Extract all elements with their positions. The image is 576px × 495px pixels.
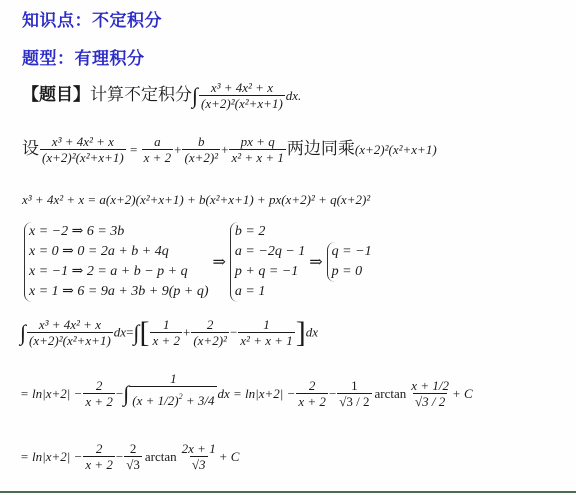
s4-arctan: arctan xyxy=(375,386,407,402)
lhs-numerator: x³ + 4x² + x xyxy=(50,135,116,149)
term-b: b(x+2)² xyxy=(182,135,220,165)
left-brace: x = −2 ⇒ 6 = 3b x = 0 ⇒ 0 = 2a + b + 4q … xyxy=(24,222,209,302)
problem-integrand: x³ + 4x² + x(x+2)²(x²+x+1) xyxy=(199,81,285,111)
term-pq-num: px + q xyxy=(239,135,277,149)
s3-f1-den: x + 2 xyxy=(150,332,182,348)
system-row: x = 1 ⇒ 6 = 9a + 3b + 9(p + q) xyxy=(29,282,209,302)
s4-arg-num: x + 1/2 xyxy=(409,379,451,393)
integral-sign: ∫ xyxy=(123,381,129,407)
s5-coef-den: √3 xyxy=(124,456,142,472)
s4-f2-num: 2 xyxy=(307,379,318,393)
s3-f3-num: 1 xyxy=(261,318,272,332)
middle-brace: b = 2 a = −2q − 1 p + q = −1 a = 1 xyxy=(230,222,305,302)
problem-type-label: 题型： xyxy=(22,49,75,69)
s5-f1: 2x + 2 xyxy=(83,442,115,472)
s5-coef-num: 2 xyxy=(128,442,139,456)
step1-prefix: 设 xyxy=(22,139,39,159)
term-b-num: b xyxy=(196,135,207,149)
implies-arrow: ⇒ xyxy=(213,252,226,272)
s4-int-frac: 1(x + 1/2)2 + 3/4 xyxy=(130,372,216,415)
implies-arrow: ⇒ xyxy=(309,252,322,272)
s4-f2: 2x + 2 xyxy=(296,379,328,409)
term-pq-den: x² + x + 1 xyxy=(229,149,285,165)
knowledge-point-label: 知识点： xyxy=(22,11,92,31)
s3-f1-num: 1 xyxy=(161,318,172,332)
system-row: a = −2q − 1 xyxy=(235,242,305,262)
left-system: x = −2 ⇒ 6 = 3b x = 0 ⇒ 0 = 2a + b + 4q … xyxy=(29,222,209,302)
right-brace: q = −1 p = 0 xyxy=(327,242,372,282)
decomposed-integral: ∫x³ + 4x² + x(x+2)²(x²+x+1)dx=∫[1x + 2+2… xyxy=(20,316,318,350)
s3-f3: 1x² + x + 1 xyxy=(238,318,294,348)
s3-f1: 1x + 2 xyxy=(150,318,182,348)
step1-suffix: 两边同乘 xyxy=(287,139,355,159)
s4-int-den-b: + 3/4 xyxy=(186,393,215,408)
integrand-numerator: x³ + 4x² + x xyxy=(209,81,275,95)
s4-arg: x + 1/2√3 / 2 xyxy=(409,379,451,409)
equation-system: x = −2 ⇒ 6 = 3b x = 0 ⇒ 0 = 2a + b + 4q … xyxy=(24,222,372,302)
s3-lhs-den: (x+2)²(x²+x+1) xyxy=(27,332,113,348)
integral-sign: ∫ xyxy=(20,320,26,345)
system-row: x = −1 ⇒ 2 = a + b − p + q xyxy=(29,262,209,282)
s5-part1: = ln|x+2| − xyxy=(20,449,82,465)
right-system: q = −1 p = 0 xyxy=(332,242,372,282)
knowledge-point-value: 不定积分 xyxy=(92,11,162,31)
problem-type-heading: 题型：有理积分 xyxy=(22,44,145,69)
s3-f2-num: 2 xyxy=(205,318,216,332)
bottom-divider xyxy=(0,491,576,493)
system-row: p + q = −1 xyxy=(235,262,305,282)
integral-sign: ∫ xyxy=(192,83,198,108)
s5-f1-den: x + 2 xyxy=(83,456,115,472)
s4-coef: 1√3 / 2 xyxy=(337,379,371,409)
s3-lhs: x³ + 4x² + x(x+2)²(x²+x+1) xyxy=(27,318,113,348)
s4-part3: dx = ln|x+2| − xyxy=(218,386,296,402)
s4-const: + C xyxy=(452,386,473,402)
s4-part1: = ln|x+2| − xyxy=(20,386,82,402)
system-row: b = 2 xyxy=(235,222,305,242)
s3-f2-den: (x+2)² xyxy=(191,332,229,348)
partial-fraction-setup: 设x³ + 4x² + x(x+2)²(x²+x+1) = ax + 2+b(x… xyxy=(22,134,437,165)
middle-system: b = 2 a = −2q − 1 p + q = −1 a = 1 xyxy=(235,222,305,302)
left-bracket: [ xyxy=(139,316,149,349)
s4-int-den-a: x + 1/2 xyxy=(137,393,175,408)
step1-lhs: x³ + 4x² + x(x+2)²(x²+x+1) xyxy=(40,135,126,165)
s5-f1-num: 2 xyxy=(94,442,105,456)
s4-int-den: (x + 1/2)2 + 3/4 xyxy=(130,386,216,415)
system-row: x = 0 ⇒ 0 = 2a + b + 4q xyxy=(29,242,209,262)
term-a-num: a xyxy=(152,135,163,149)
step1-multiplier: (x+2)²(x²+x+1) xyxy=(355,142,437,157)
final-answer: = ln|x+2| − 2x + 2 − 2√3 arctan 2x + 1√3… xyxy=(20,442,239,472)
s5-minus: − xyxy=(116,449,123,465)
s5-arctan: arctan xyxy=(145,449,177,465)
s5-arg: 2x + 1√3 xyxy=(180,442,218,472)
s3-dx: dx xyxy=(114,325,126,340)
s3-lhs-num: x³ + 4x² + x xyxy=(37,318,103,332)
s4-f1-den: x + 2 xyxy=(83,393,115,409)
integrand-denominator: (x+2)²(x²+x+1) xyxy=(199,95,285,111)
s5-arg-num: 2x + 1 xyxy=(180,442,218,456)
s4-coef-num: 1 xyxy=(349,379,360,393)
s4-int-num: 1 xyxy=(168,372,179,386)
problem-type-value: 有理积分 xyxy=(75,49,145,69)
system-row: q = −1 xyxy=(332,242,372,262)
term-b-den: (x+2)² xyxy=(182,149,220,165)
s3-f2: 2(x+2)² xyxy=(191,318,229,348)
right-bracket: ] xyxy=(296,316,306,349)
problem-instruction: 计算不定积分 xyxy=(90,85,192,105)
s3-f3-den: x² + x + 1 xyxy=(238,332,294,348)
system-row: a = 1 xyxy=(235,282,305,302)
term-pq: px + qx² + x + 1 xyxy=(229,135,285,165)
integration-step: = ln|x+2| − 2x + 2 − ∫ 1(x + 1/2)2 + 3/4… xyxy=(20,372,473,415)
lhs-denominator: (x+2)²(x²+x+1) xyxy=(40,149,126,165)
s4-f1-num: 2 xyxy=(94,379,105,393)
problem-statement: 【题目】计算不定积分∫x³ + 4x² + x(x+2)²(x²+x+1)dx. xyxy=(22,80,301,111)
knowledge-point-heading: 知识点：不定积分 xyxy=(22,6,162,31)
s5-const: + C xyxy=(219,449,240,465)
s5-coef: 2√3 xyxy=(124,442,142,472)
s5-arg-den: √3 xyxy=(190,456,208,472)
s4-f1: 2x + 2 xyxy=(83,379,115,409)
problem-dx: dx. xyxy=(286,88,302,103)
system-row: x = −2 ⇒ 6 = 3b xyxy=(29,222,209,242)
s4-coef-den: √3 / 2 xyxy=(337,393,371,409)
problem-tag: 【题目】 xyxy=(22,85,90,105)
s3-dx: dx xyxy=(306,325,318,340)
term-a: ax + 2 xyxy=(142,135,174,165)
expanded-equation: x³ + 4x² + x = a(x+2)(x²+x+1) + b(x²+x+1… xyxy=(22,192,370,208)
term-a-den: x + 2 xyxy=(142,149,174,165)
system-row: p = 0 xyxy=(332,262,372,282)
s4-f2-den: x + 2 xyxy=(296,393,328,409)
s4-arg-den: √3 / 2 xyxy=(413,393,447,409)
